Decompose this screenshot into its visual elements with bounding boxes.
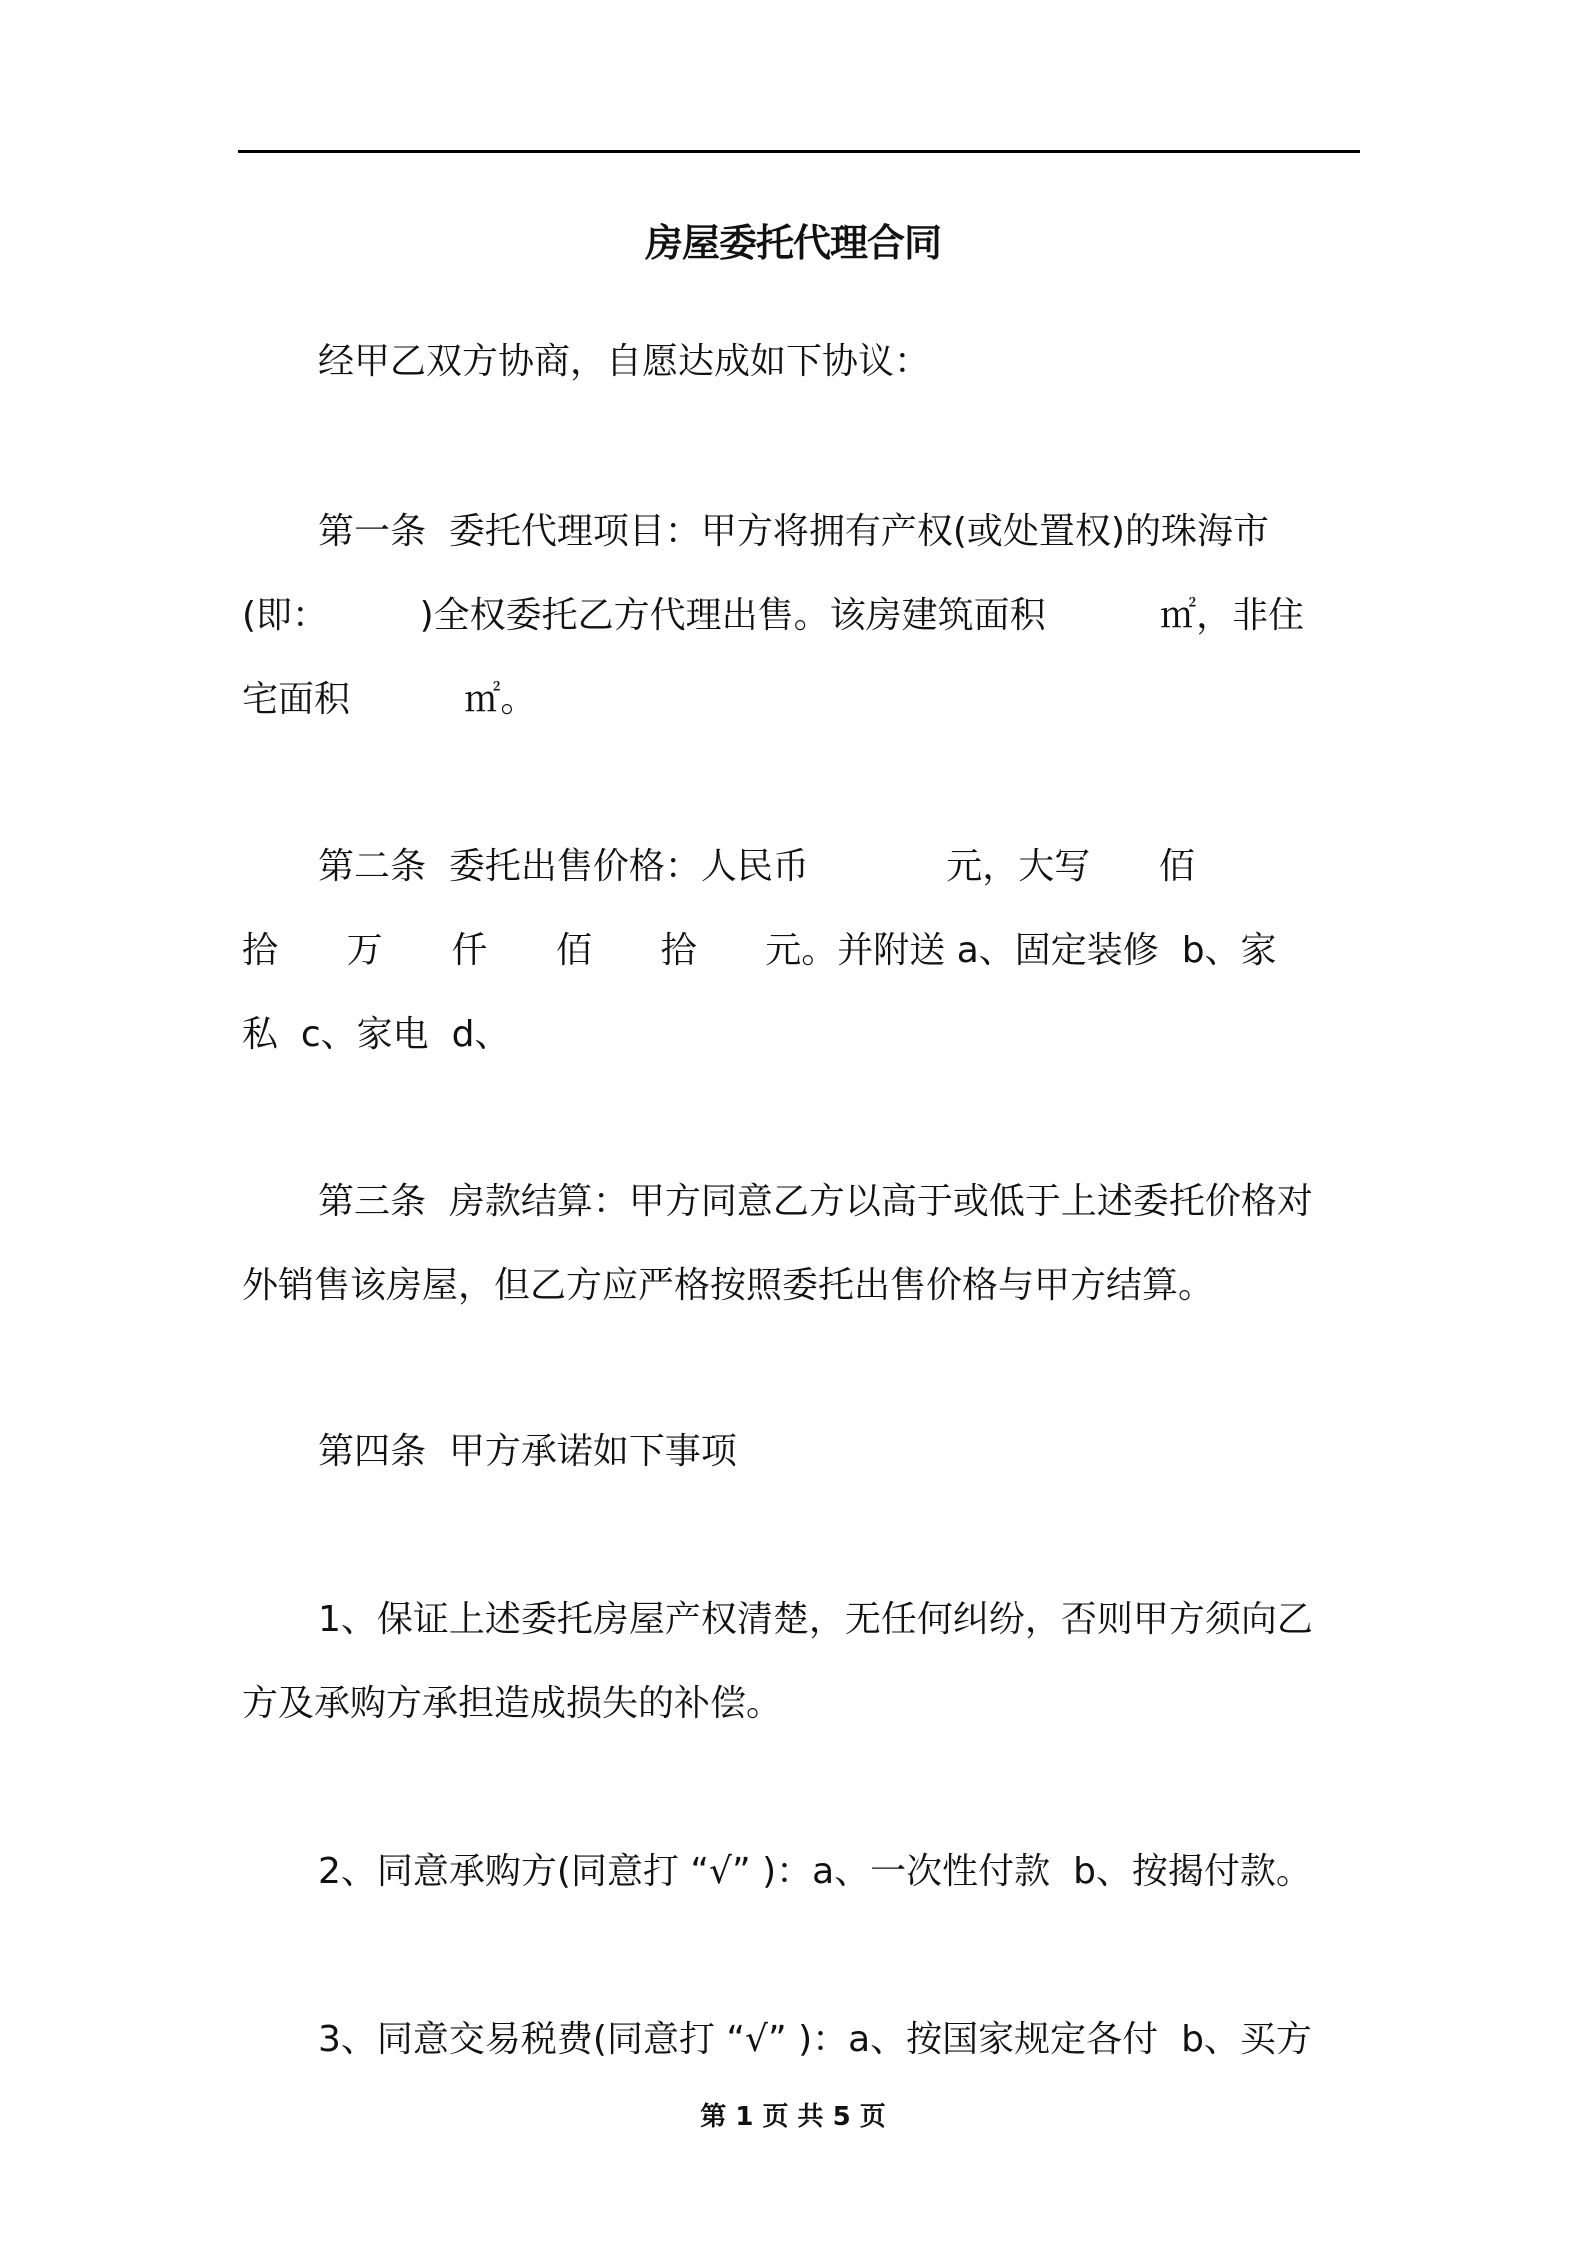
paragraph-intro: 经甲乙双方协商，自愿达成如下协议： — [242, 320, 1360, 404]
header-rule — [238, 150, 1360, 153]
paragraph-item-3: 3、同意交易税费(同意打 “√” )：a、按国家规定各付 b、买方 — [242, 1998, 1360, 2082]
paragraph-line: 宅面积 ㎡。 — [242, 658, 1360, 742]
paragraph-line: 方及承购方承担造成损失的补偿。 — [242, 1662, 1360, 1746]
paragraph-item-1: 1、保证上述委托房屋产权清楚，无任何纠纷，否则甲方须向乙方及承购方承担造成损失的… — [242, 1578, 1360, 1746]
paragraph-line: 第一条 委托代理项目：甲方将拥有产权(或处置权)的珠海市 — [242, 490, 1360, 574]
paragraph-article-1: 第一条 委托代理项目：甲方将拥有产权(或处置权)的珠海市(即： )全权委托乙方代… — [242, 490, 1360, 742]
paragraph-line: 2、同意承购方(同意打 “√” )：a、一次性付款 b、按揭付款。 — [242, 1830, 1360, 1914]
paragraph-line: 私 c、家电 d、 — [242, 993, 1360, 1077]
paragraph-line: 3、同意交易税费(同意打 “√” )：a、按国家规定各付 b、买方 — [242, 1998, 1360, 2082]
page-footer: 第 1 页 共 5 页 — [0, 2096, 1586, 2133]
paragraph-line: 第四条 甲方承诺如下事项 — [242, 1410, 1360, 1494]
paragraph-article-3: 第三条 房款结算：甲方同意乙方以高于或低于上述委托价格对外销售该房屋，但乙方应严… — [242, 1160, 1360, 1328]
paragraph-line: 外销售该房屋，但乙方应严格按照委托出售价格与甲方结算。 — [242, 1244, 1360, 1328]
paragraph-line: 第三条 房款结算：甲方同意乙方以高于或低于上述委托价格对 — [242, 1160, 1360, 1244]
paragraph-line: 经甲乙双方协商，自愿达成如下协议： — [242, 320, 1360, 404]
paragraph-item-2: 2、同意承购方(同意打 “√” )：a、一次性付款 b、按揭付款。 — [242, 1830, 1360, 1914]
paragraph-article-2: 第二条 委托出售价格：人民币 元，大写 佰拾 万 仟 佰 拾 元。并附送 a、固… — [242, 825, 1360, 1077]
paragraph-line: (即： )全权委托乙方代理出售。该房建筑面积 ㎡，非住 — [242, 574, 1360, 658]
paragraph-line: 1、保证上述委托房屋产权清楚，无任何纠纷，否则甲方须向乙 — [242, 1578, 1360, 1662]
document-title: 房屋委托代理合同 — [0, 212, 1586, 267]
paragraph-line: 拾 万 仟 佰 拾 元。并附送 a、固定装修 b、家 — [242, 909, 1360, 993]
paragraph-line: 第二条 委托出售价格：人民币 元，大写 佰 — [242, 825, 1360, 909]
paragraph-article-4: 第四条 甲方承诺如下事项 — [242, 1410, 1360, 1494]
